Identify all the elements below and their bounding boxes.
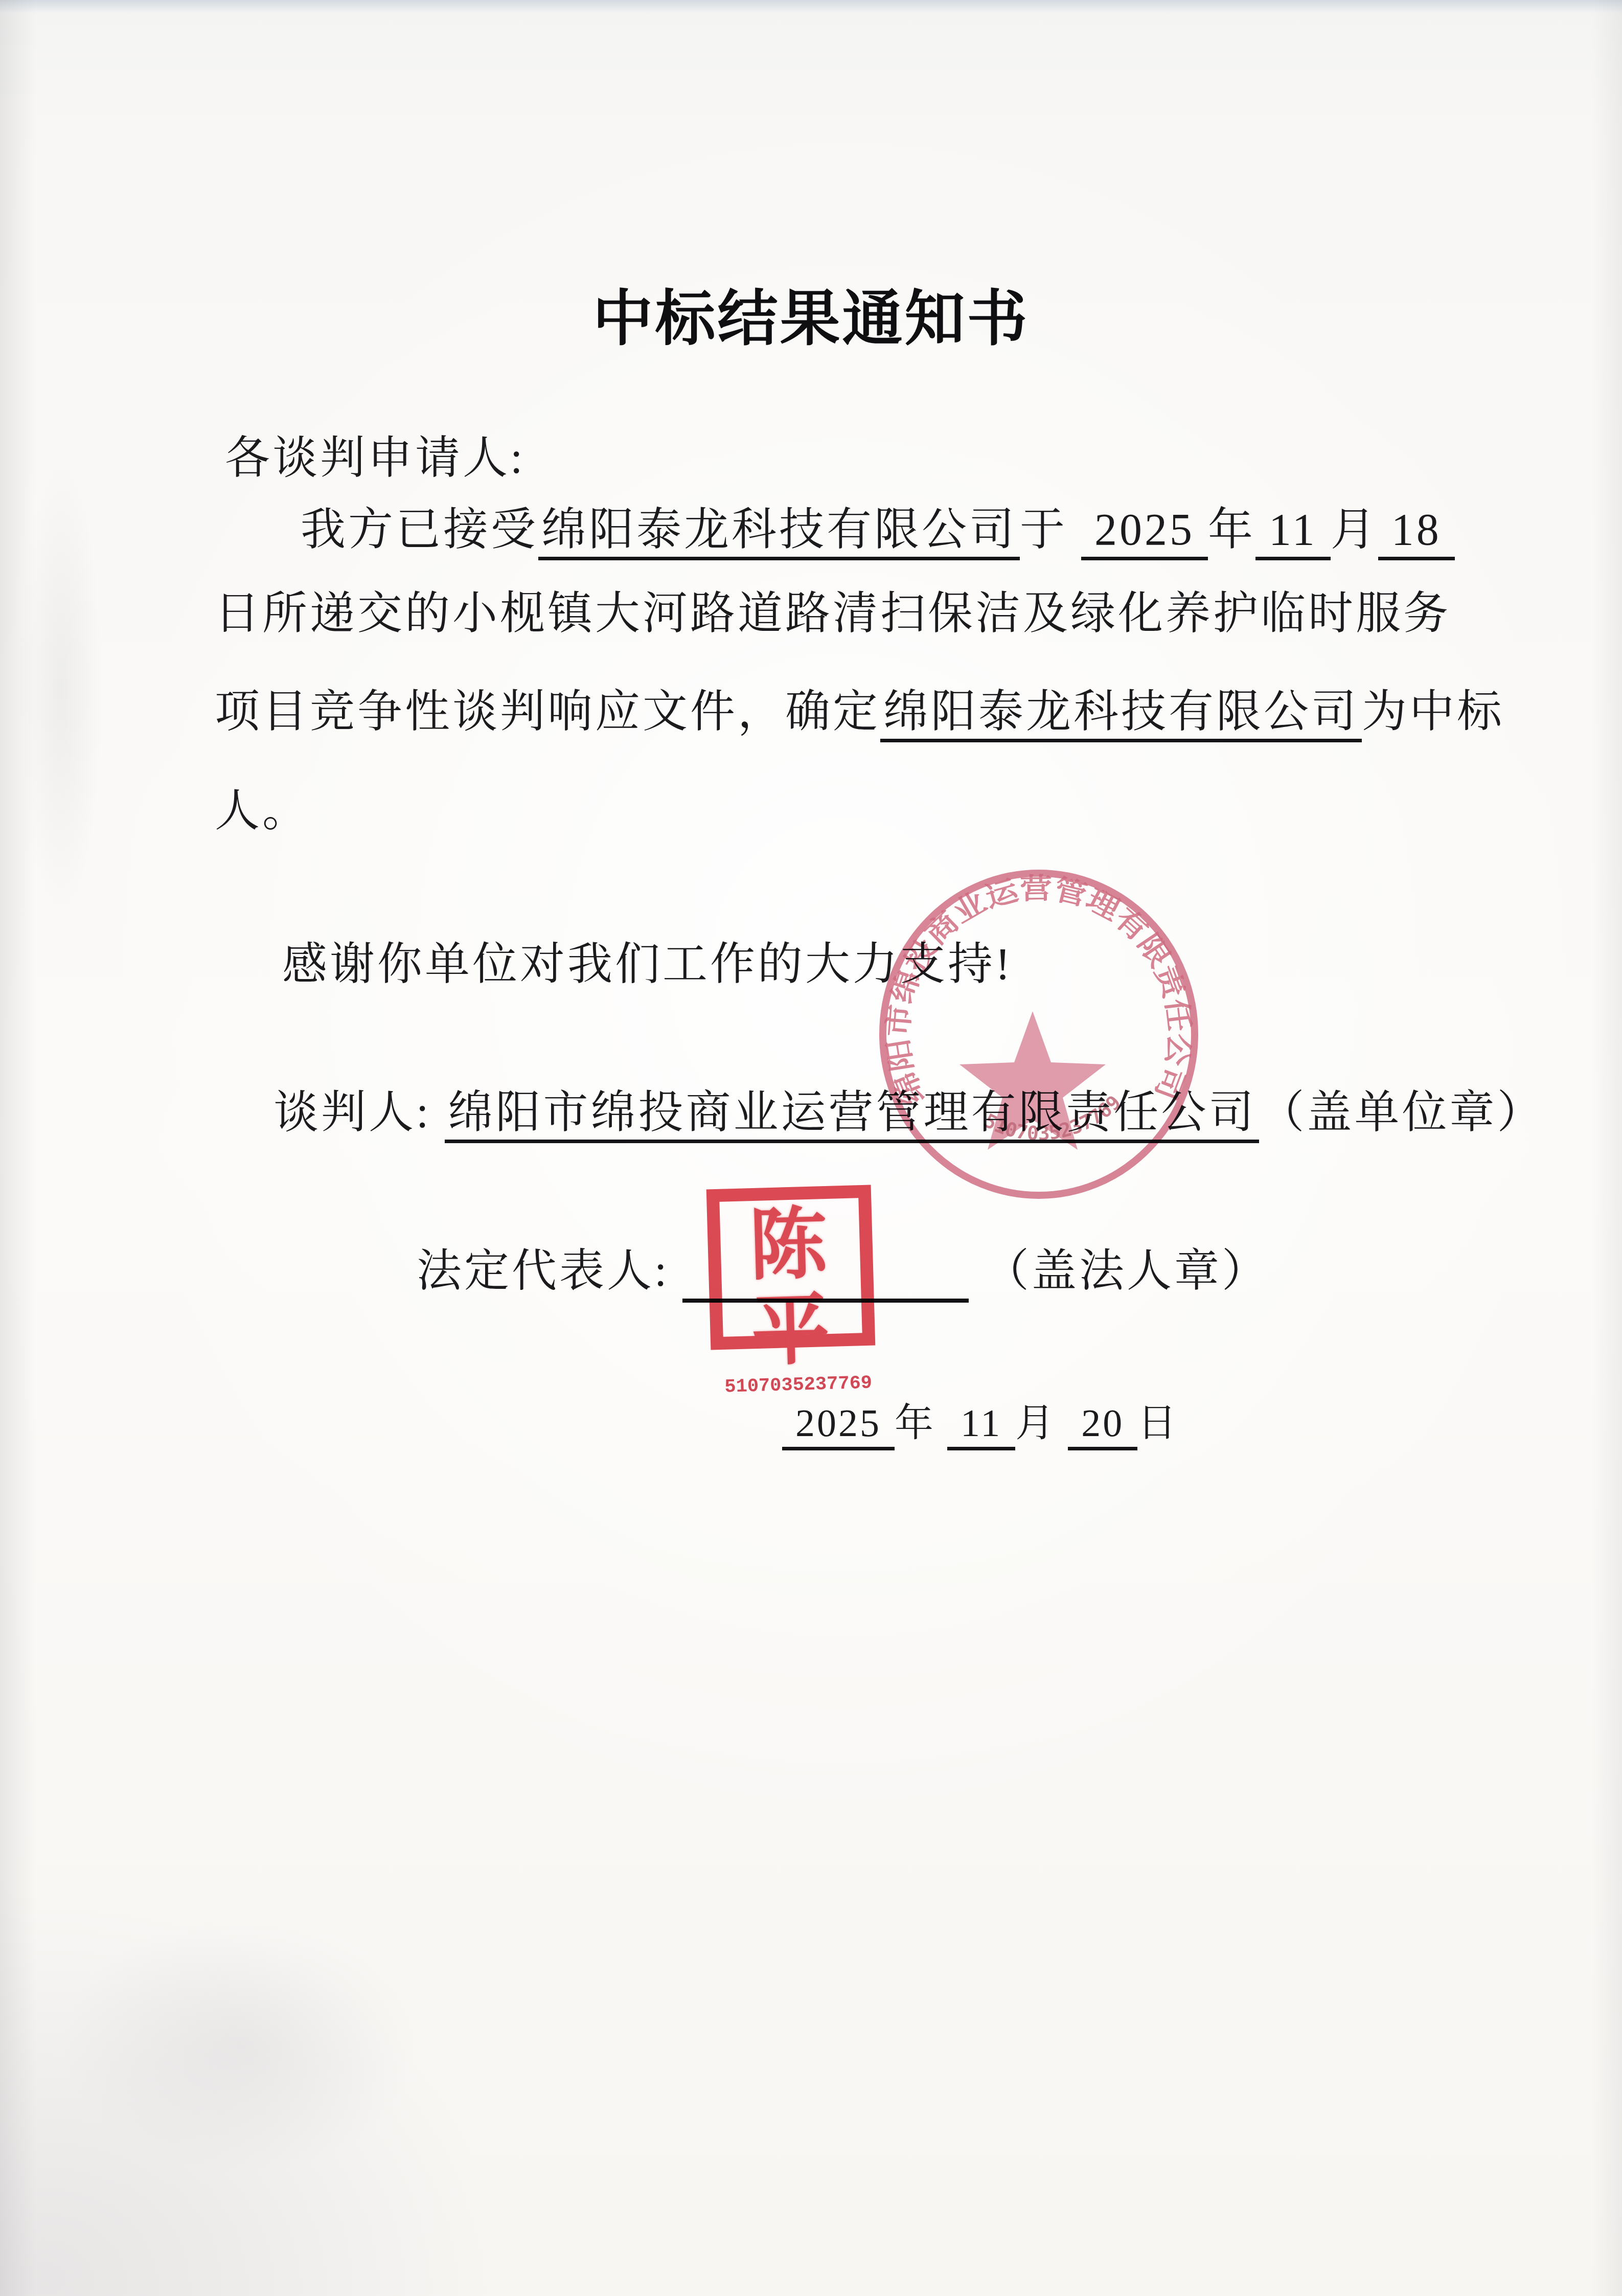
document-title: 中标结果通知书: [0, 270, 1622, 357]
line1-mid: 于: [1020, 505, 1067, 555]
legal-rep-name-seal: 陈平 5107035237769: [706, 1185, 876, 1350]
winning-company-underlined: 绵阳泰龙科技有限公司: [538, 505, 1020, 560]
negotiator-label: 谈判人:: [273, 1088, 431, 1138]
paragraph-line-4: 人。: [215, 783, 310, 839]
scan-artifact-smudge: [20, 460, 102, 920]
date-month: 11: [947, 1402, 1015, 1450]
winning-company-underlined-2: 绵阳泰龙科技有限公司: [880, 687, 1362, 742]
line1-pre: 我方已接受: [301, 505, 538, 555]
year-unit: 年: [1208, 505, 1255, 555]
legal-rep-note: （盖法人章）: [984, 1243, 1269, 1300]
date-day-unit: 日: [1137, 1402, 1178, 1445]
scan-artifact-smudge: [61, 1917, 419, 2173]
submit-day: 18: [1378, 505, 1455, 560]
line3-post: 为中标: [1362, 687, 1504, 737]
legal-rep-label: 法定代表人:: [417, 1243, 669, 1300]
paragraph-line-1: 我方已接受绵阳泰龙科技有限公司于 2025年11月18: [301, 502, 1455, 558]
salutation: 各谈判申请人:: [225, 430, 525, 487]
negotiator-note: （盖单位章）: [1259, 1088, 1544, 1138]
month-unit: 月: [1331, 505, 1378, 555]
date-month-unit: 月: [1015, 1402, 1056, 1445]
line3-pre: 项目竞争性谈判响应文件，确定: [215, 687, 880, 737]
date-line: 2025年 11月 20日: [782, 1392, 1178, 1447]
name-seal-serial-number: 5107035237769: [724, 1373, 864, 1398]
name-seal-name: 陈平: [720, 1201, 863, 1376]
submit-year: 2025: [1081, 505, 1208, 560]
submit-month: 11: [1255, 505, 1331, 560]
company-round-seal: 绵阳市绵投商业运营管理有限责任公司 5107035237769: [855, 849, 1223, 1222]
scan-artifact-top-edge: [0, 0, 1622, 13]
scanned-document-page: 中标结果通知书 各谈判申请人: 我方已接受绵阳泰龙科技有限公司于 2025年11…: [0, 0, 1622, 2296]
paragraph-line-3: 项目竞争性谈判响应文件，确定绵阳泰龙科技有限公司为中标: [215, 684, 1504, 740]
date-year-unit: 年: [895, 1402, 935, 1445]
date-day: 20: [1068, 1402, 1137, 1450]
paragraph-line-2: 日所递交的小枧镇大河路道路清扫保洁及绿化养护临时服务: [215, 586, 1451, 642]
date-year: 2025: [782, 1402, 895, 1450]
